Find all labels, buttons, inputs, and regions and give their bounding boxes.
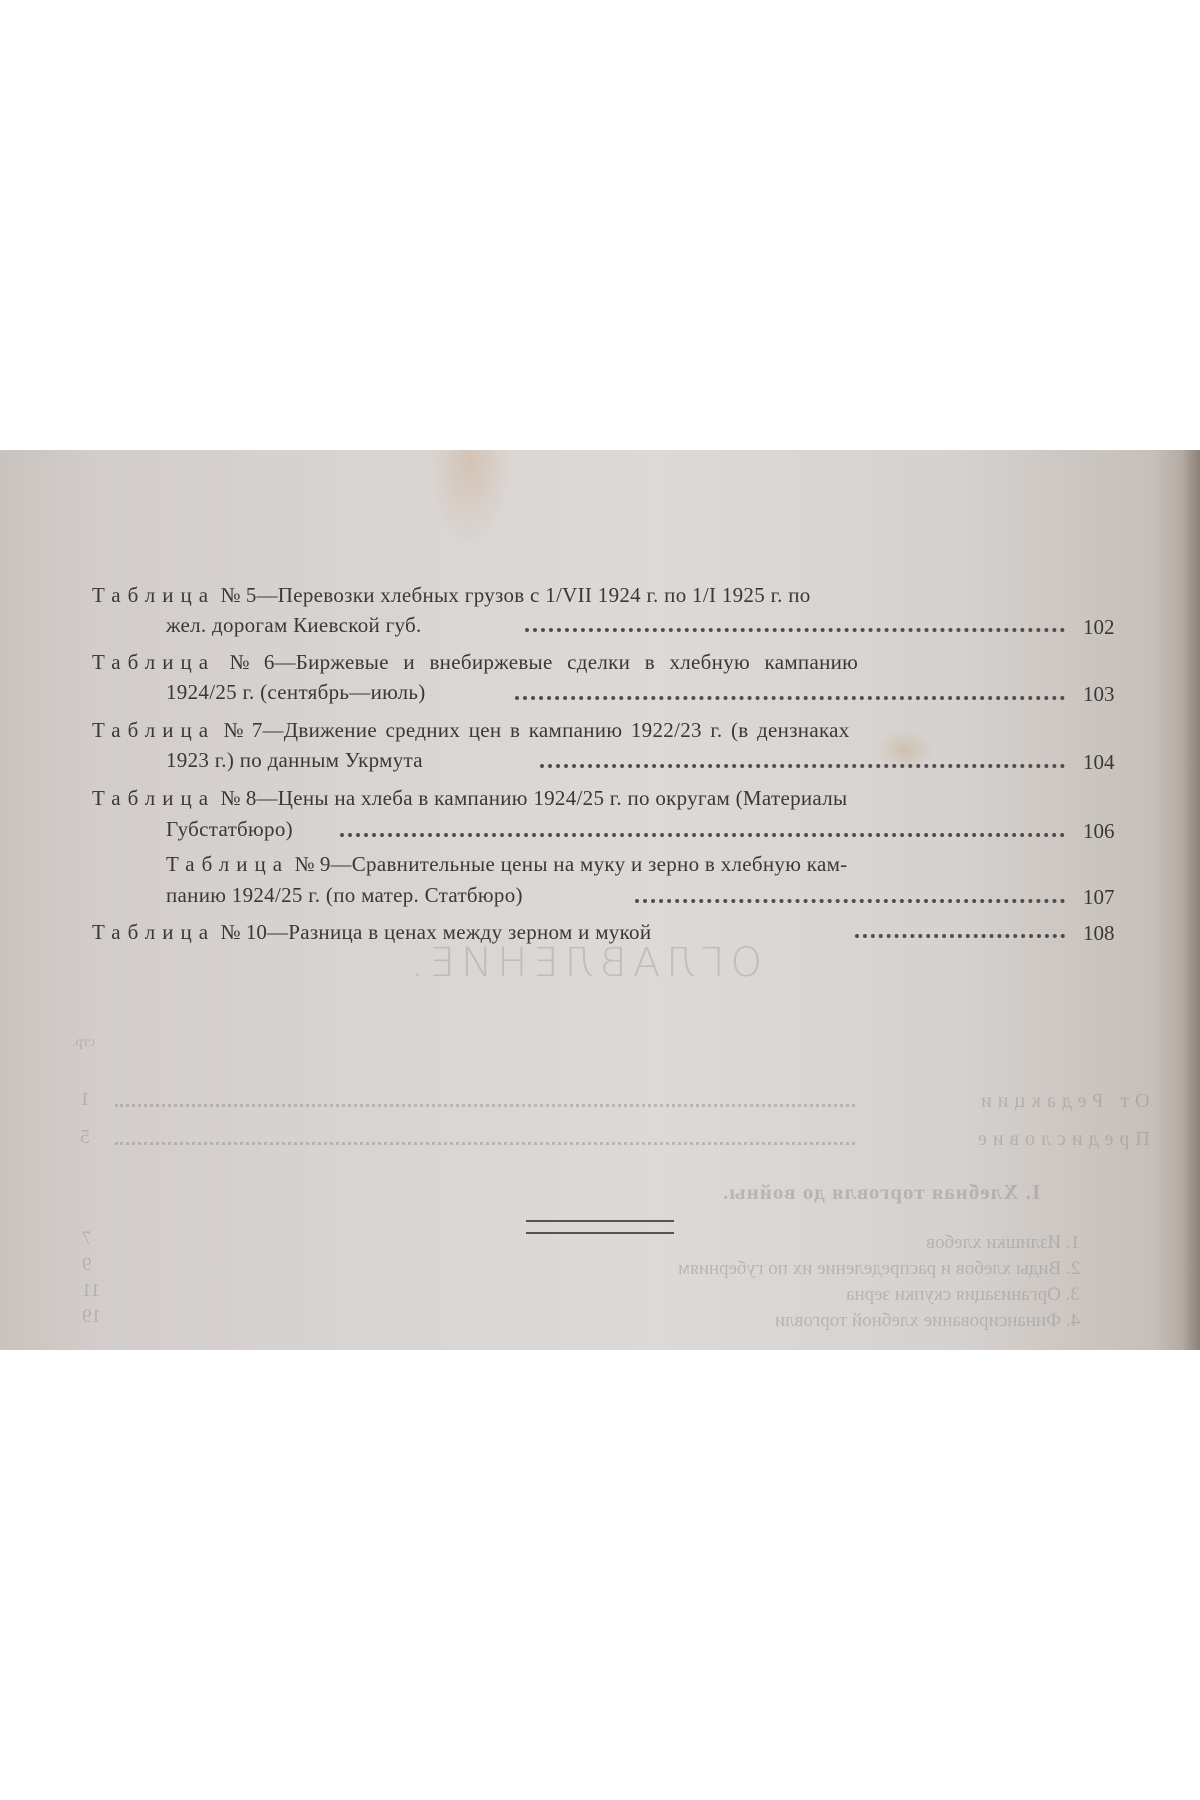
entry-number: № 10 [221,920,267,944]
entry-label: Таблица [166,852,289,876]
entry-title: —Разница в ценах между зерном и мукой [267,920,651,944]
dot-leader [340,827,1065,837]
dot-leader [515,690,1065,700]
entry-title: —Сравнительные цены на муку и зерно в хл… [330,852,847,876]
entry-title-continued: 1924/25 г. (сентябрь—июль) [166,680,426,705]
toc-entry-line: Таблица № 7—Движение средних цен в кампа… [92,718,850,743]
entry-title-continued: 1923 г.) по данным Укрмута [166,748,423,773]
entry-number: № 9 [295,852,331,876]
entry-title: —Движение средних цен в кампанию 1922/23… [262,718,849,742]
entry-title: —Перевозки хлебных грузов с 1/VII 1924 г… [256,583,810,607]
entry-page-number: 102 [1083,615,1115,640]
entry-page-number: 104 [1083,750,1115,775]
dot-leader [635,893,1065,903]
entry-title-continued: панию 1924/25 г. (по матер. Статбюро) [166,883,523,908]
dot-leader [540,758,1065,768]
entry-title-continued: жел. дорогам Киевской губ. [166,613,422,638]
entry-page-number: 108 [1083,921,1115,946]
toc-entry-line: Таблица № 5—Перевозки хлебных грузов с 1… [92,583,811,608]
entry-page-number: 106 [1083,819,1115,844]
table-of-contents: Таблица № 5—Перевозки хлебных грузов с 1… [0,450,1200,1350]
book-page-photo: ОГЛАВЛЕНИЕ. стр. От Редакции 1 Предислов… [0,450,1200,1350]
entry-number: № 8 [221,786,257,810]
toc-entry-line: Таблица № 8—Цены на хлеба в кампанию 192… [92,786,847,811]
entry-label: Таблица [92,786,215,810]
entry-number: № 7 [224,718,263,742]
entry-label: Таблица [92,718,215,742]
entry-title: —Цены на хлеба в кампанию 1924/25 г. по … [256,786,847,810]
entry-page-number: 107 [1083,885,1115,910]
entry-number: № 5 [221,583,257,607]
entry-label: Таблица [92,583,215,607]
entry-title-continued: Губстатбюро) [166,817,293,842]
entry-label: Таблица [92,650,215,674]
toc-entry-line: Таблица № 10—Разница в ценах между зерно… [92,920,651,945]
entry-page-number: 103 [1083,682,1115,707]
dot-leader [855,928,1065,938]
entry-title: —Биржевые и внебиржевые сделки в хлебную… [274,650,858,674]
dot-leader [525,622,1065,632]
toc-entry-line: Таблица № 6—Биржевые и внебиржевые сделк… [92,650,858,675]
entry-label: Таблица [92,920,215,944]
toc-entry-line: Таблица № 9—Сравнительные цены на муку и… [166,852,847,877]
entry-number: № 6 [230,650,275,674]
